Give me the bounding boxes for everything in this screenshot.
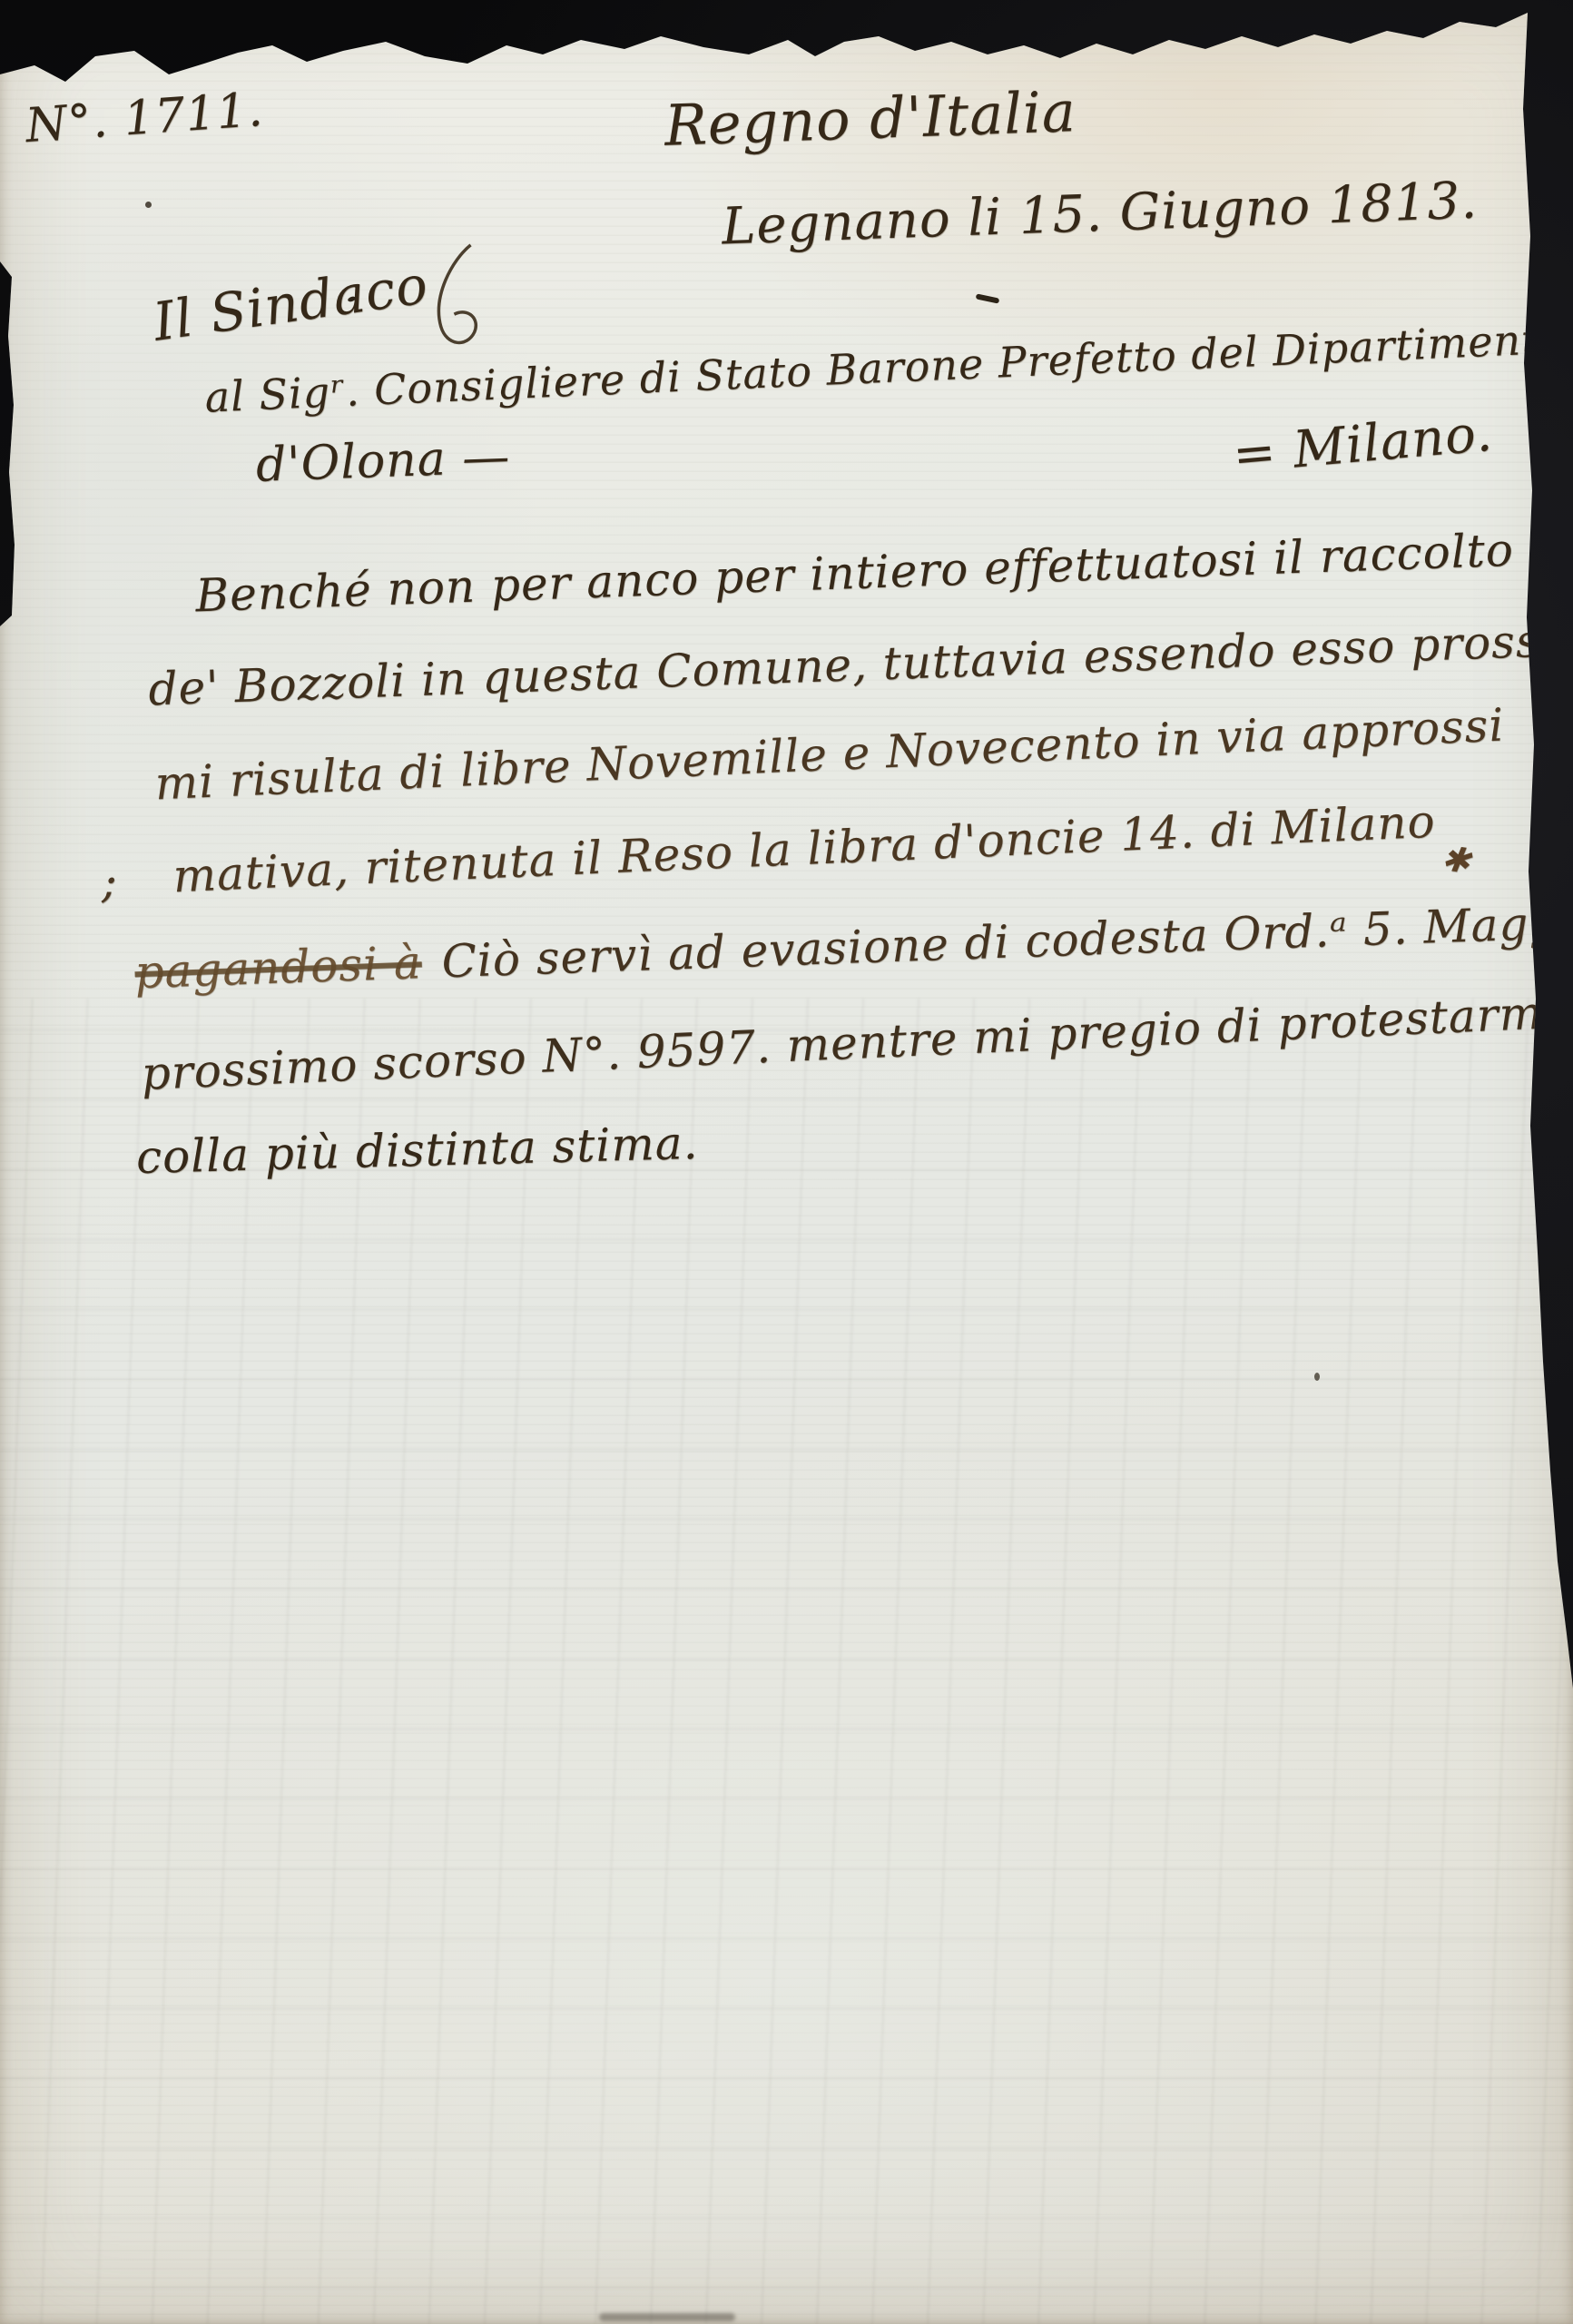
ink-speck <box>145 202 152 208</box>
body-line-6: prossimo scorso N°. 9597. mentre mi preg… <box>141 990 1559 1097</box>
body-line-5-text: Ciò servì ad evasione di codesta Ord.ᵃ 5… <box>441 895 1573 989</box>
recipient-department: d'Olona — <box>255 433 511 489</box>
body-line-5: pagandosi àCiò servì ad evasione di code… <box>134 899 1573 995</box>
ink-speck <box>976 293 1000 303</box>
asterisk-mark: ✱ <box>1440 841 1474 879</box>
paper-smudge <box>599 2313 735 2321</box>
body-line-1: Benché non per anco per intiero effettua… <box>195 527 1515 619</box>
body-line-3: mi risulta di libre Novemille e Novecent… <box>154 703 1506 807</box>
struck-out-word: pagandosi à <box>133 936 422 999</box>
body-line-2: de' Bozzoli in questa Comune, tuttavia e… <box>148 615 1573 713</box>
ink-speck <box>1314 1373 1320 1381</box>
reference-number: N°. 1711. <box>25 86 265 150</box>
margin-mark: ; <box>102 859 118 904</box>
recipient-city: = Milano. <box>1231 409 1495 482</box>
kingdom-heading: Regno d'Italia <box>664 84 1077 154</box>
body-line-4: mativa, ritenuta il Reso la libra d'onci… <box>172 799 1437 900</box>
document-paper: N°. 1711. Regno d'Italia Legnano li 15. … <box>0 0 1573 2324</box>
photo-backdrop: N°. 1711. Regno d'Italia Legnano li 15. … <box>0 0 1573 2324</box>
body-line-7: colla più distinta stima. <box>135 1120 699 1180</box>
dateline: Legnano li 15. Giugno 1813. <box>721 175 1479 252</box>
